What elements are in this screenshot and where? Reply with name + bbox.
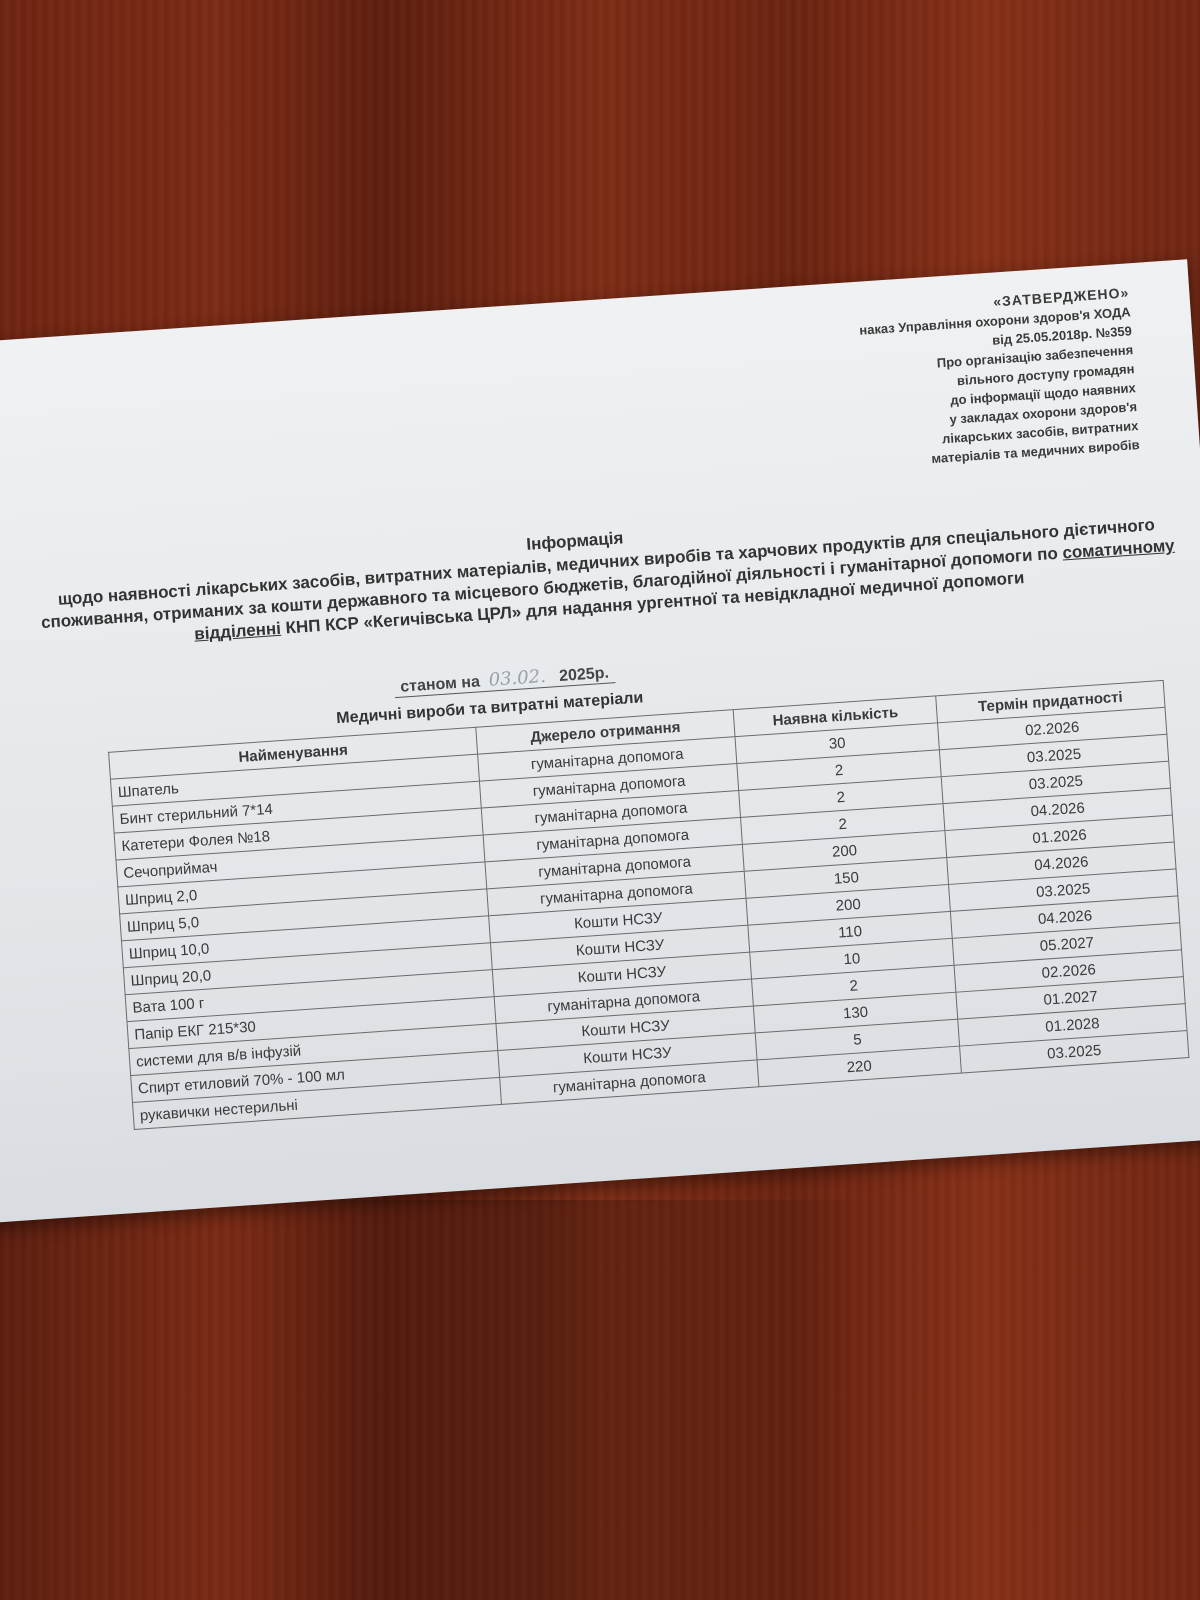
as-of-year: 2025р. <box>559 665 610 685</box>
as-of-label: станом на <box>400 673 481 695</box>
handwritten-date: 03.02. <box>488 666 547 691</box>
items-table: Найменування Джерело отримання Наявна кі… <box>108 680 1189 1130</box>
document-sheet: «ЗАТВЕРДЖЕНО» наказ Управління охорони з… <box>0 259 1200 1223</box>
approval-block: «ЗАТВЕРДЖЕНО» наказ Управління охорони з… <box>710 283 1141 482</box>
shadow <box>0 1200 1200 1600</box>
